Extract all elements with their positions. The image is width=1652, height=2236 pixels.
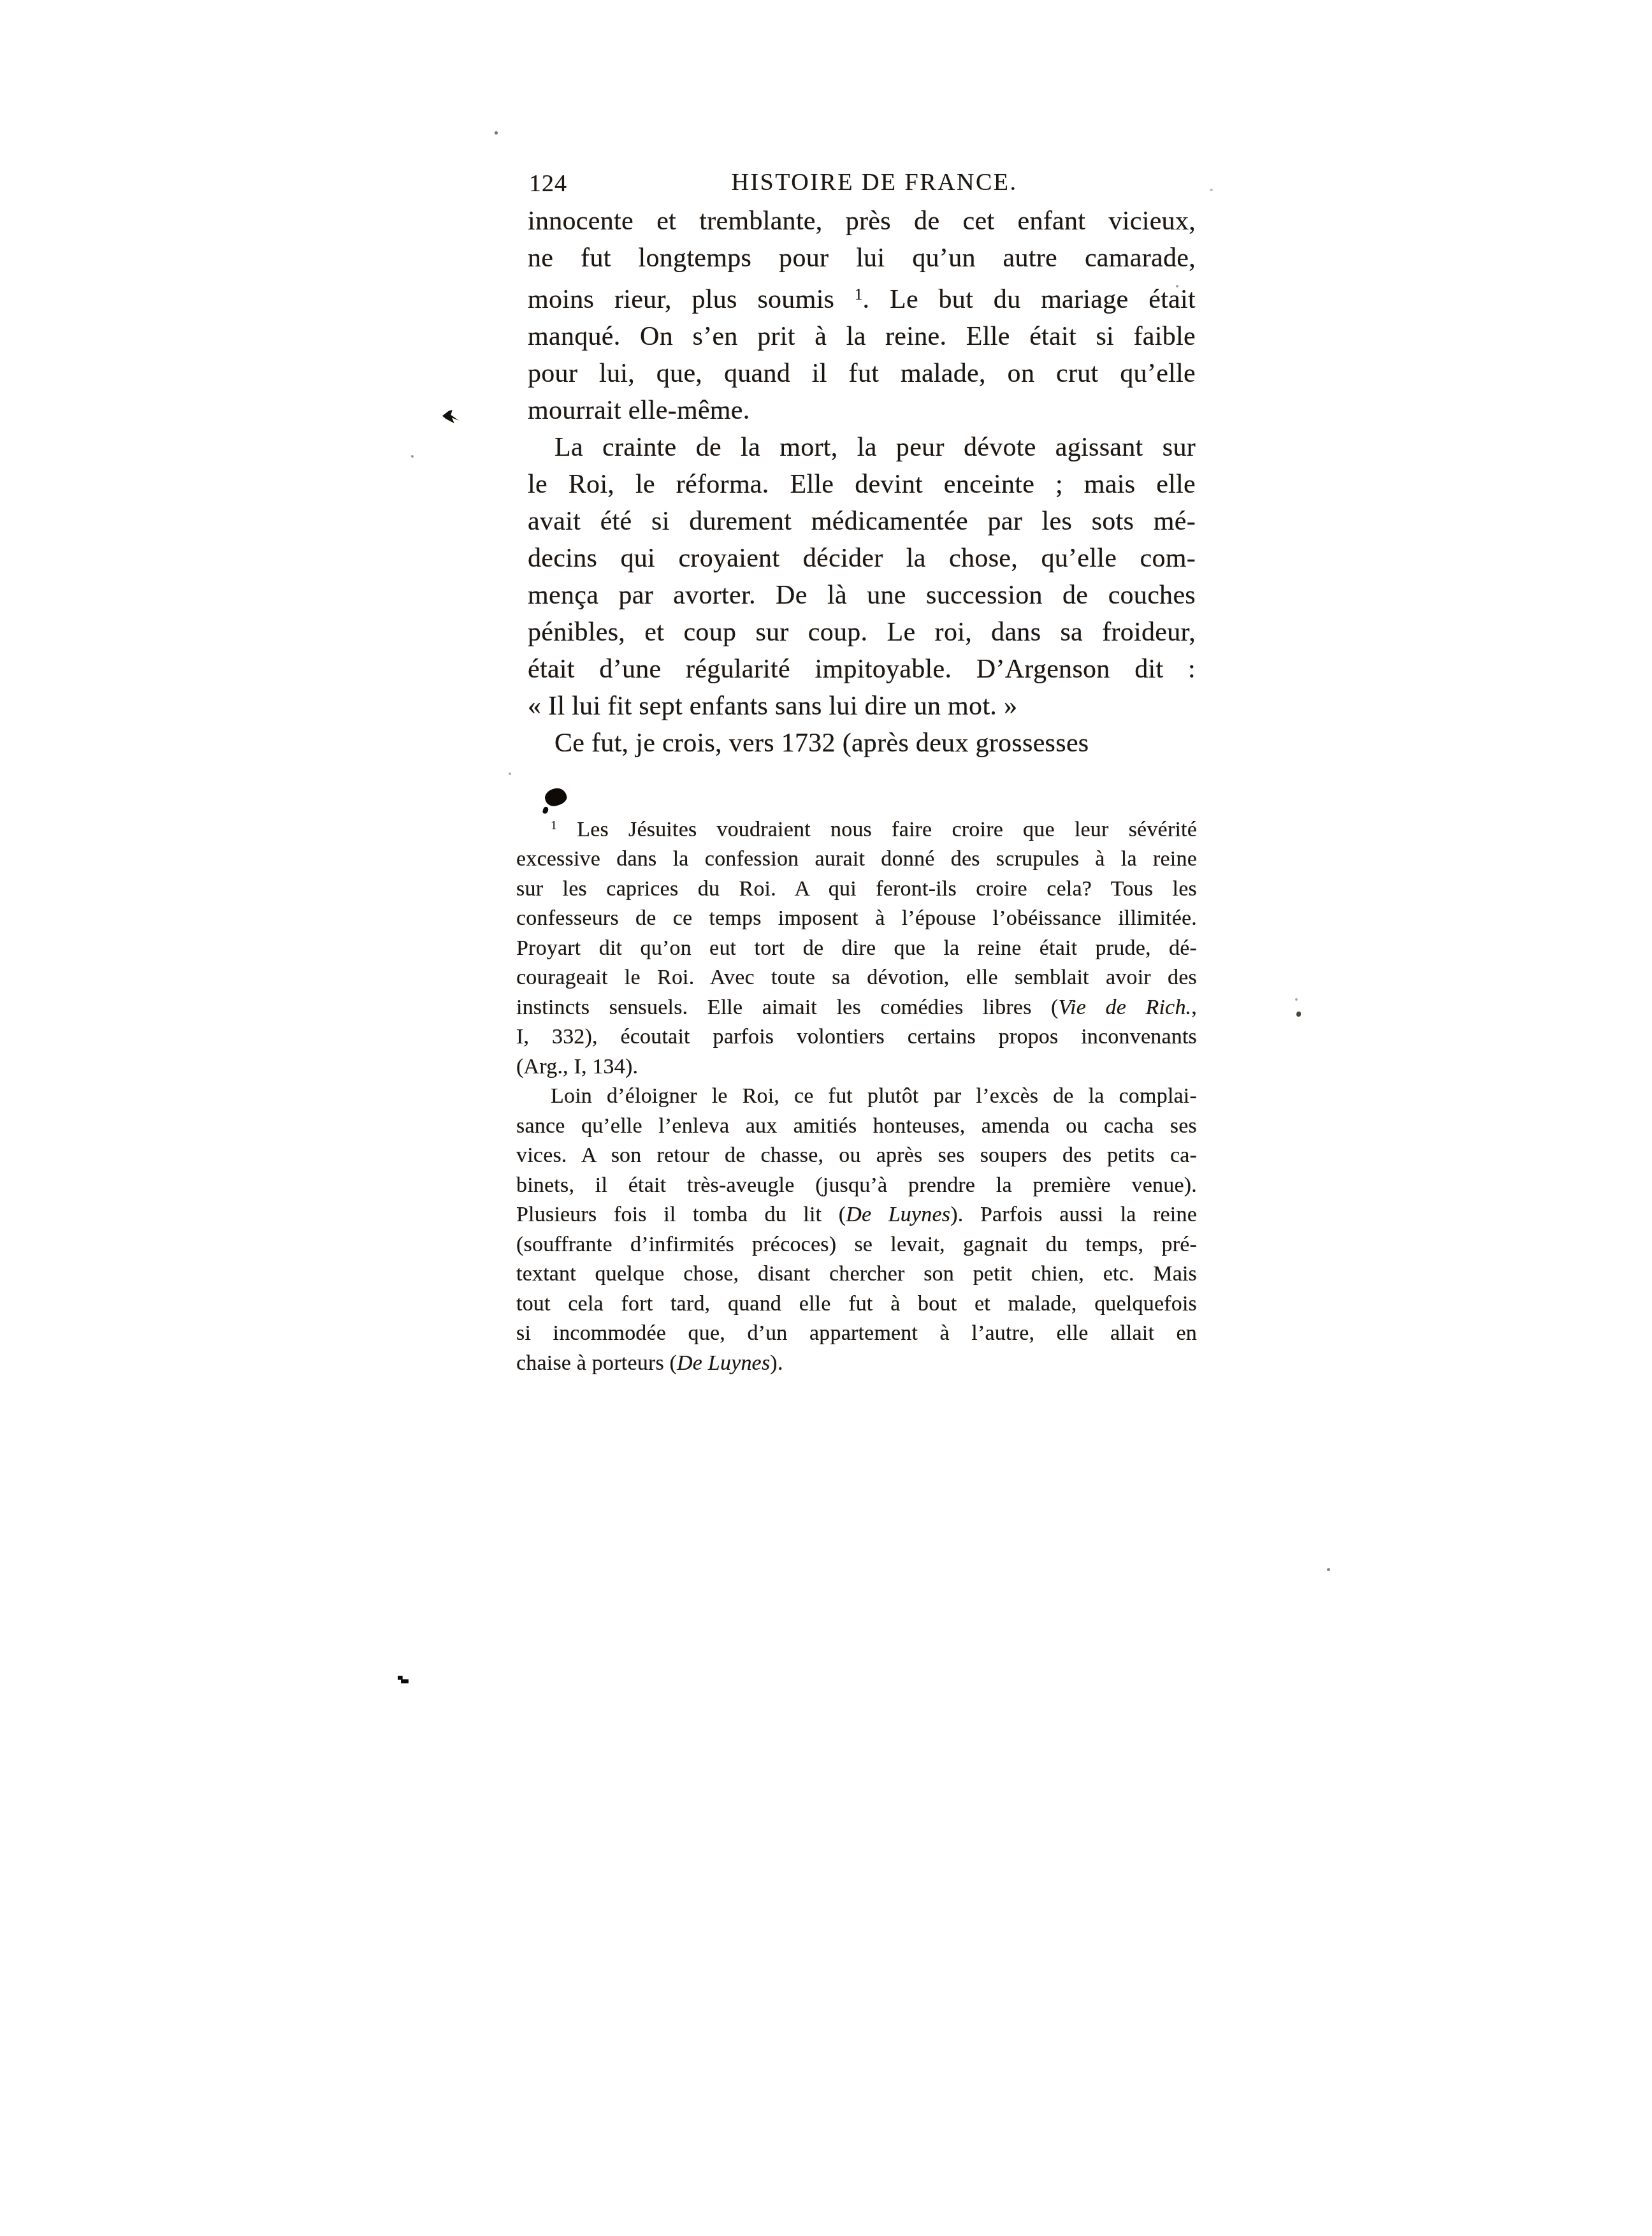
text-line: si incommodée que, d’un appartement à l’… bbox=[516, 1319, 1197, 1349]
text-line: sance qu’elle l’enleva aux amitiés honte… bbox=[516, 1112, 1197, 1142]
text-line: ne fut longtemps pour lui qu’un autre ca… bbox=[528, 240, 1196, 277]
text-line: confesseurs de ce temps imposent à l’épo… bbox=[516, 904, 1197, 934]
text-line: (Arg., I, 134). bbox=[516, 1052, 1197, 1082]
text-line: chaise à porteurs (De Luynes). bbox=[516, 1349, 1197, 1379]
ink-speck bbox=[509, 773, 511, 775]
text-line: était d’une régularité impitoyable. D’Ar… bbox=[528, 651, 1196, 688]
paragraph: La crainte de la mort, la peur dévote ag… bbox=[528, 429, 1196, 725]
text-line: 1 Les Jésuites voudraient nous faire cro… bbox=[516, 811, 1197, 845]
text-line: decins qui croyaient décider la chose, q… bbox=[528, 540, 1196, 577]
text-line: courageait le Roi. Avec toute sa dévotio… bbox=[516, 963, 1197, 993]
running-title: HISTOIRE DE FRANCE. bbox=[528, 168, 1196, 196]
text-line: pour lui, que, quand il fut malade, on c… bbox=[528, 355, 1196, 392]
text-line: sur les caprices du Roi. A qui feront-il… bbox=[516, 875, 1197, 904]
page-header: 124 HISTOIRE DE FRANCE. bbox=[528, 168, 1196, 199]
ink-speck bbox=[1210, 189, 1213, 191]
text-line: le Roi, le réforma. Elle devint enceinte… bbox=[528, 466, 1196, 503]
text-line: I, 332), écoutait parfois volontiers cer… bbox=[516, 1022, 1197, 1052]
text-line: pénibles, et coup sur coup. Le roi, dans… bbox=[528, 614, 1196, 651]
text-line: innocente et tremblante, près de cet enf… bbox=[528, 203, 1196, 240]
ink-speck bbox=[1295, 998, 1298, 1001]
text-line: Loin d’éloigner le Roi, ce fut plutôt pa… bbox=[516, 1082, 1197, 1112]
text-line: La crainte de la mort, la peur dévote ag… bbox=[528, 429, 1196, 466]
ink-mark-left-margin bbox=[442, 410, 459, 423]
text-line: avait été si durement médicamentée par l… bbox=[528, 503, 1196, 540]
text-line: « Il lui fit sept enfants sans lui dire … bbox=[528, 688, 1196, 725]
text-line: mença par avorter. De là une succession … bbox=[528, 577, 1196, 614]
ink-speck bbox=[1296, 1012, 1301, 1017]
text-line: (souffrante d’infirmités précoces) se le… bbox=[516, 1230, 1197, 1260]
paragraph: Ce fut, je crois, vers 1732 (après deux … bbox=[528, 725, 1196, 762]
text-line: manqué. On s’en prit à la reine. Elle ét… bbox=[528, 318, 1196, 355]
footnote-reference: 1 bbox=[855, 286, 862, 303]
text-line: instincts sensuels. Elle aimait les comé… bbox=[516, 993, 1197, 1023]
text-line: Ce fut, je crois, vers 1732 (après deux … bbox=[528, 725, 1196, 762]
text-line: vices. A son retour de chasse, ou après … bbox=[516, 1141, 1197, 1171]
footnote-text: 1 Les Jésuites voudraient nous faire cro… bbox=[516, 811, 1197, 1378]
text-line: excessive dans la confession aurait donn… bbox=[516, 845, 1197, 875]
paragraph: 1 Les Jésuites voudraient nous faire cro… bbox=[516, 811, 1197, 1082]
text-line: textant quelque chose, disant chercher s… bbox=[516, 1260, 1197, 1289]
text-line: Proyart dit qu’on eut tort de dire que l… bbox=[516, 934, 1197, 964]
ink-speck bbox=[1176, 285, 1178, 287]
ink-blot-above-footnote bbox=[544, 787, 569, 808]
body-text: innocente et tremblante, près de cet enf… bbox=[528, 203, 1196, 762]
ink-speck bbox=[1327, 1568, 1330, 1571]
text-line: mourrait elle-même. bbox=[528, 392, 1196, 429]
text-line: Plusieurs fois il tomba du lit (De Luyne… bbox=[516, 1200, 1197, 1230]
text-line: tout cela fort tard, quand elle fut à bo… bbox=[516, 1289, 1197, 1319]
ink-mark-bottom-left bbox=[398, 1676, 409, 1683]
text-line: binets, il était très-aveugle (jusqu’à p… bbox=[516, 1171, 1197, 1201]
paragraph: Loin d’éloigner le Roi, ce fut plutôt pa… bbox=[516, 1082, 1197, 1378]
ink-speck bbox=[411, 455, 414, 458]
text-line: moins rieur, plus soumis 1. Le but du ma… bbox=[528, 277, 1196, 318]
paragraph: innocente et tremblante, près de cet enf… bbox=[528, 203, 1196, 429]
ink-speck bbox=[495, 131, 498, 134]
book-page-scan: 124 HISTOIRE DE FRANCE. innocente et tre… bbox=[0, 0, 1652, 2236]
footnote-reference: 1 bbox=[551, 818, 557, 832]
